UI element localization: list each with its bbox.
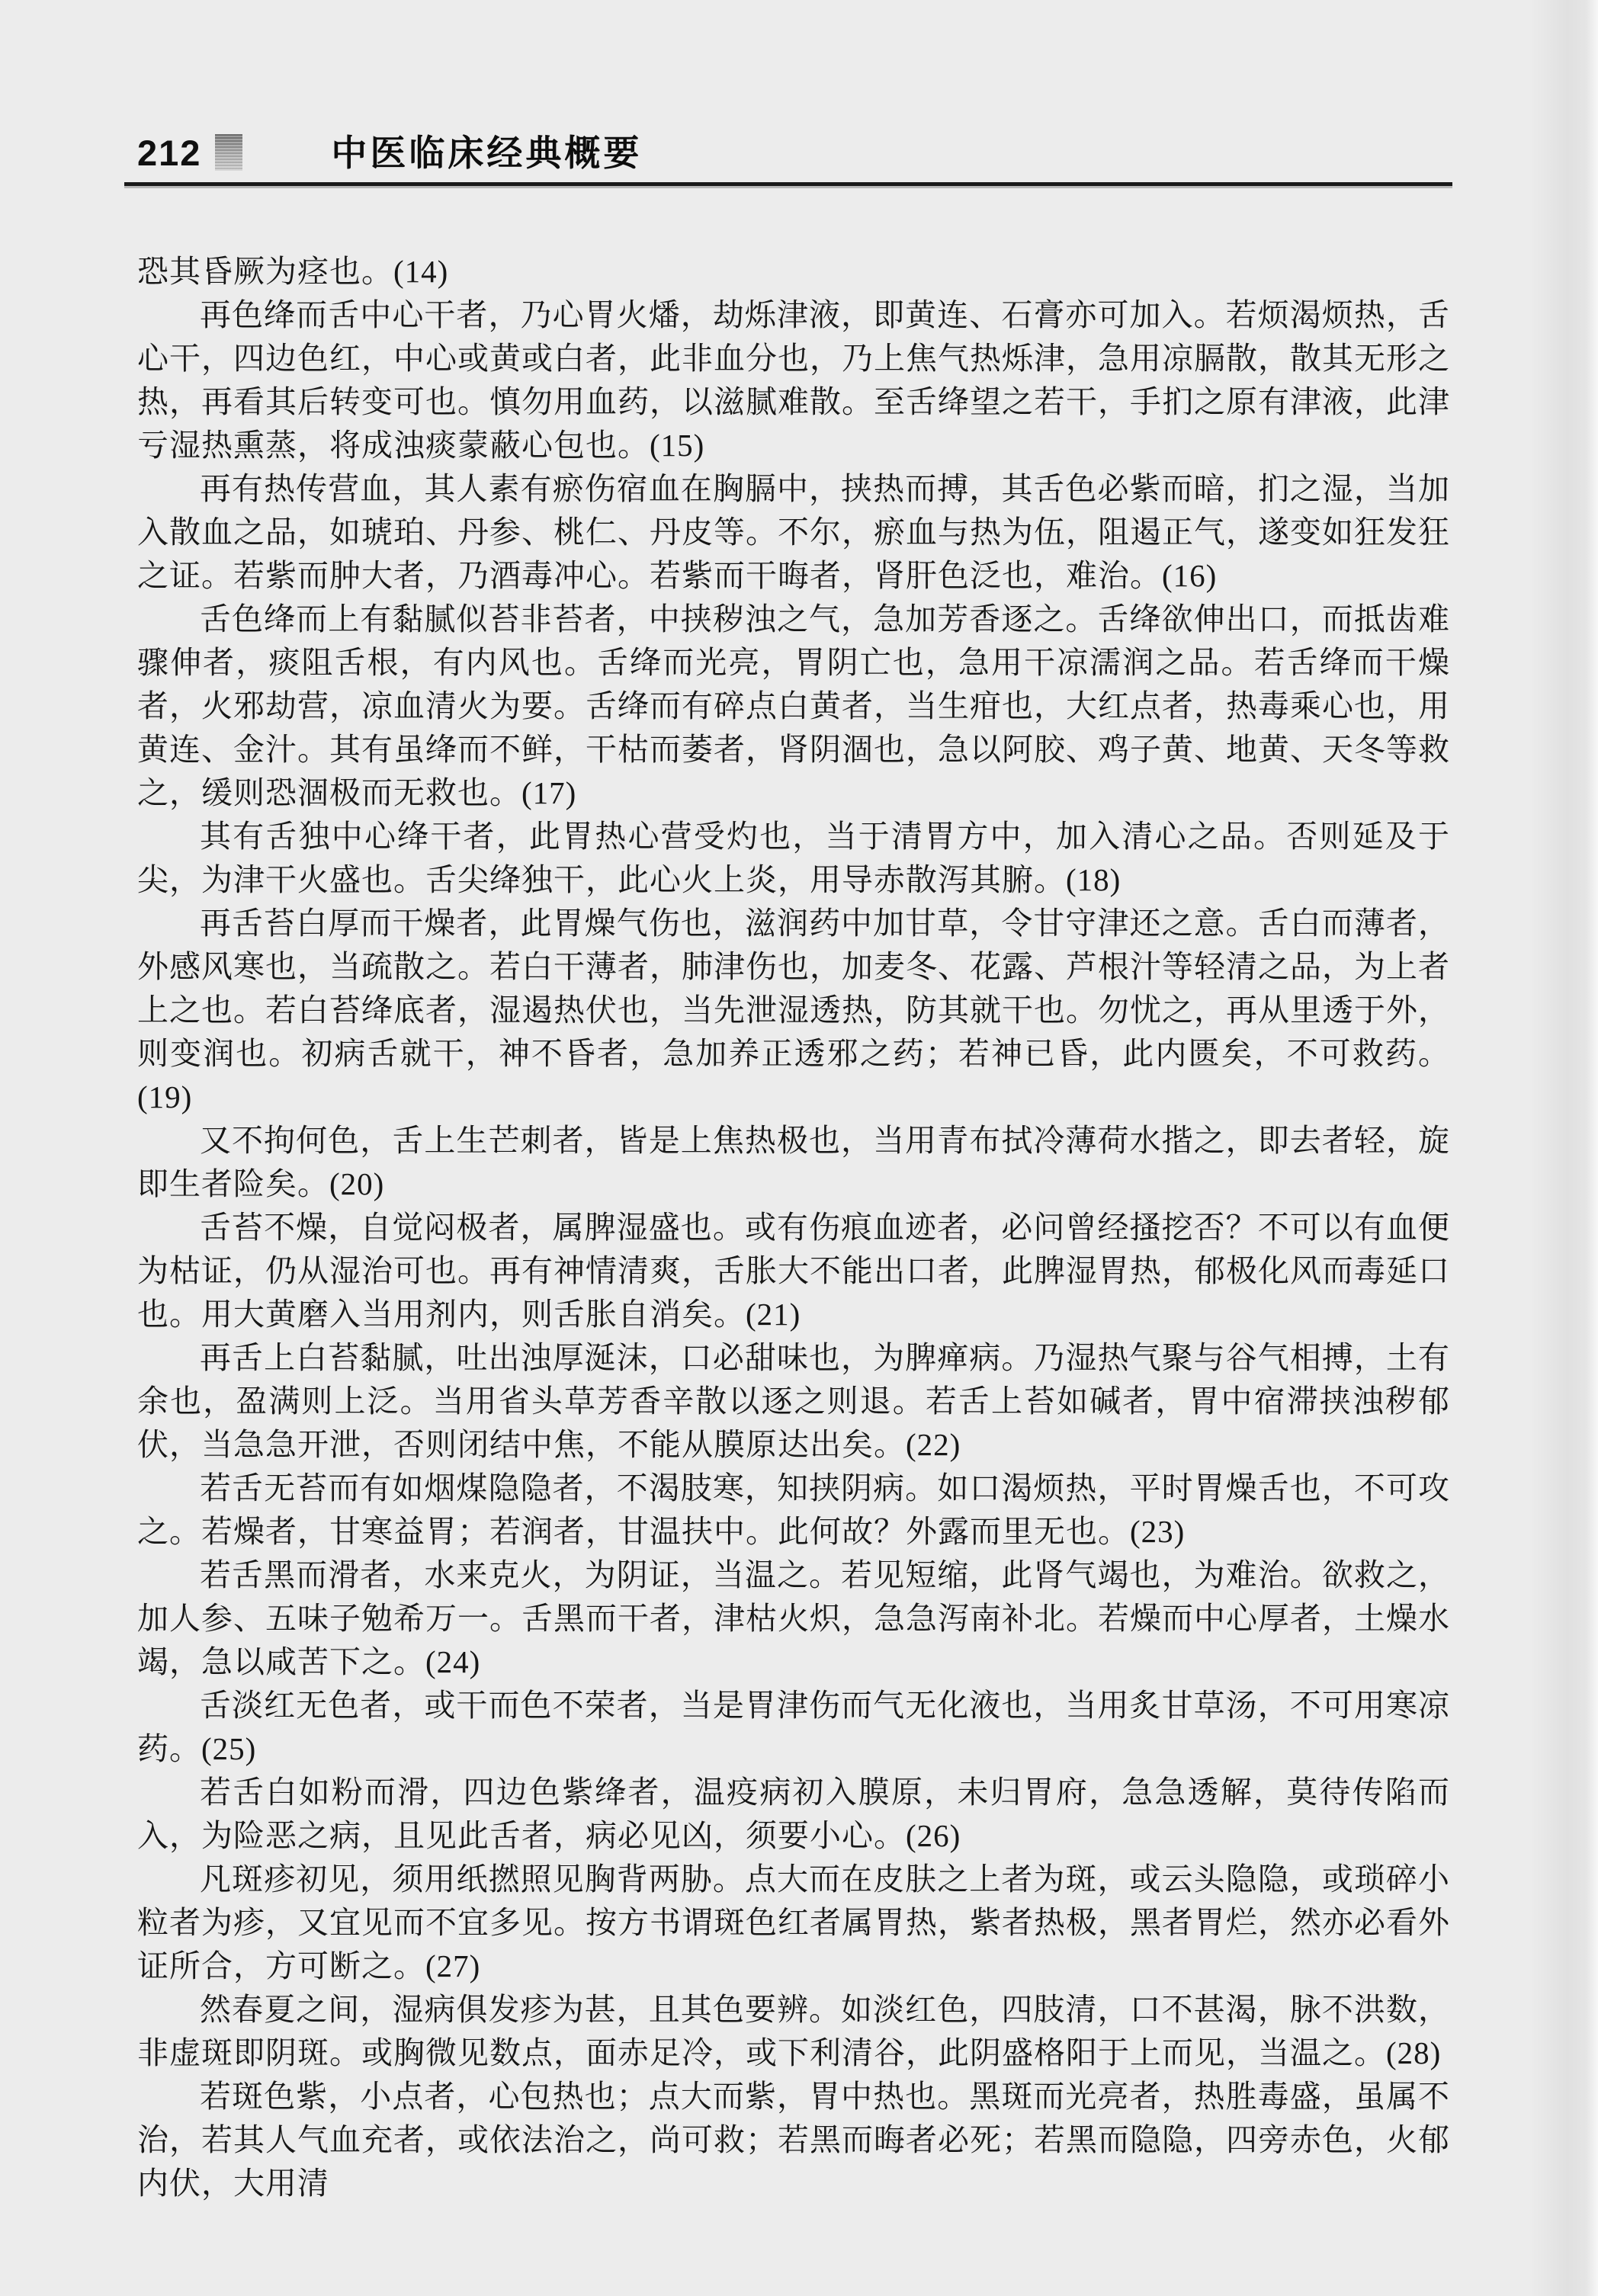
page-edge-shadow: [1529, 0, 1598, 2296]
page-header: 212 中医临床经典概要: [137, 131, 642, 174]
paragraph: 再色绛而舌中心干者，乃心胃火燔，劫烁津液，即黄连、石膏亦可加入。若烦渴烦热，舌心…: [137, 293, 1450, 467]
paragraph: 若舌黑而滑者，水来克火，为阴证，当温之。若见短缩，此肾气竭也，为难治。欲救之，加…: [137, 1554, 1450, 1684]
paragraph: 凡斑疹初见，须用纸撚照见胸背两胁。点大而在皮肤之上者为斑，或云头隐隐，或琐碎小粒…: [137, 1858, 1450, 1988]
book-page: 212 中医临床经典概要 恐其昏厥为痉也。(14)再色绛而舌中心干者，乃心胃火燔…: [0, 0, 1598, 2296]
paragraph: 舌淡红无色者，或干而色不荣者，当是胃津伤而气无化液也，当用炙甘草汤，不可用寒凉药…: [137, 1684, 1450, 1771]
body-text: 恐其昏厥为痉也。(14)再色绛而舌中心干者，乃心胃火燔，劫烁津液，即黄连、石膏亦…: [137, 250, 1450, 2205]
paragraph: 再舌上白苔黏腻，吐出浊厚涎沫，口必甜味也，为脾瘅病。乃湿热气聚与谷气相搏，土有余…: [137, 1336, 1450, 1467]
paragraph: 然春夏之间，湿病俱发疹为甚，且其色要辨。如淡红色，四肢清，口不甚渴，脉不洪数，非…: [137, 1988, 1450, 2075]
paragraph: 舌色绛而上有黏腻似苔非苔者，中挟秽浊之气，急加芳香逐之。舌绛欲伸出口，而抵齿难骤…: [137, 598, 1450, 815]
book-title: 中医临床经典概要: [331, 135, 642, 171]
paragraph: 又不拘何色，舌上生芒刺者，皆是上焦热极也，当用青布拭冷薄荷水揩之，即去者轻，旋即…: [137, 1119, 1450, 1206]
paragraph: 若舌无苔而有如烟煤隐隐者，不渴肢寒，知挟阴病。如口渴烦热，平时胃燥舌也，不可攻之…: [137, 1467, 1450, 1554]
paragraph: 其有舌独中心绛干者，此胃热心营受灼也，当于清胃方中，加入清心之品。否则延及于尖，…: [137, 815, 1450, 902]
paragraph: 再有热传营血，其人素有瘀伤宿血在胸膈中，挟热而搏，其舌色必紫而暗，扪之湿，当加入…: [137, 467, 1450, 598]
page-number: 212: [137, 135, 201, 171]
paragraph: 若斑色紫，小点者，心包热也；点大而紫，胃中热也。黑斑而光亮者，热胜毒盛，虽属不治…: [137, 2075, 1450, 2205]
paragraph: 舌苔不燥，自觉闷极者，属脾湿盛也。或有伤痕血迹者，必问曾经搔挖否？不可以有血便为…: [137, 1206, 1450, 1336]
header-rule: [124, 182, 1452, 186]
paragraph: 再舌苔白厚而干燥者，此胃燥气伤也，滋润药中加甘草，令甘守津还之意。舌白而薄者，外…: [137, 902, 1450, 1119]
paragraph: 恐其昏厥为痉也。(14): [137, 250, 1450, 293]
halftone-square-icon: [215, 134, 242, 171]
paragraph: 若舌白如粉而滑，四边色紫绛者，温疫病初入膜原，未归胃府，急急透解，莫待传陷而入，…: [137, 1771, 1450, 1858]
